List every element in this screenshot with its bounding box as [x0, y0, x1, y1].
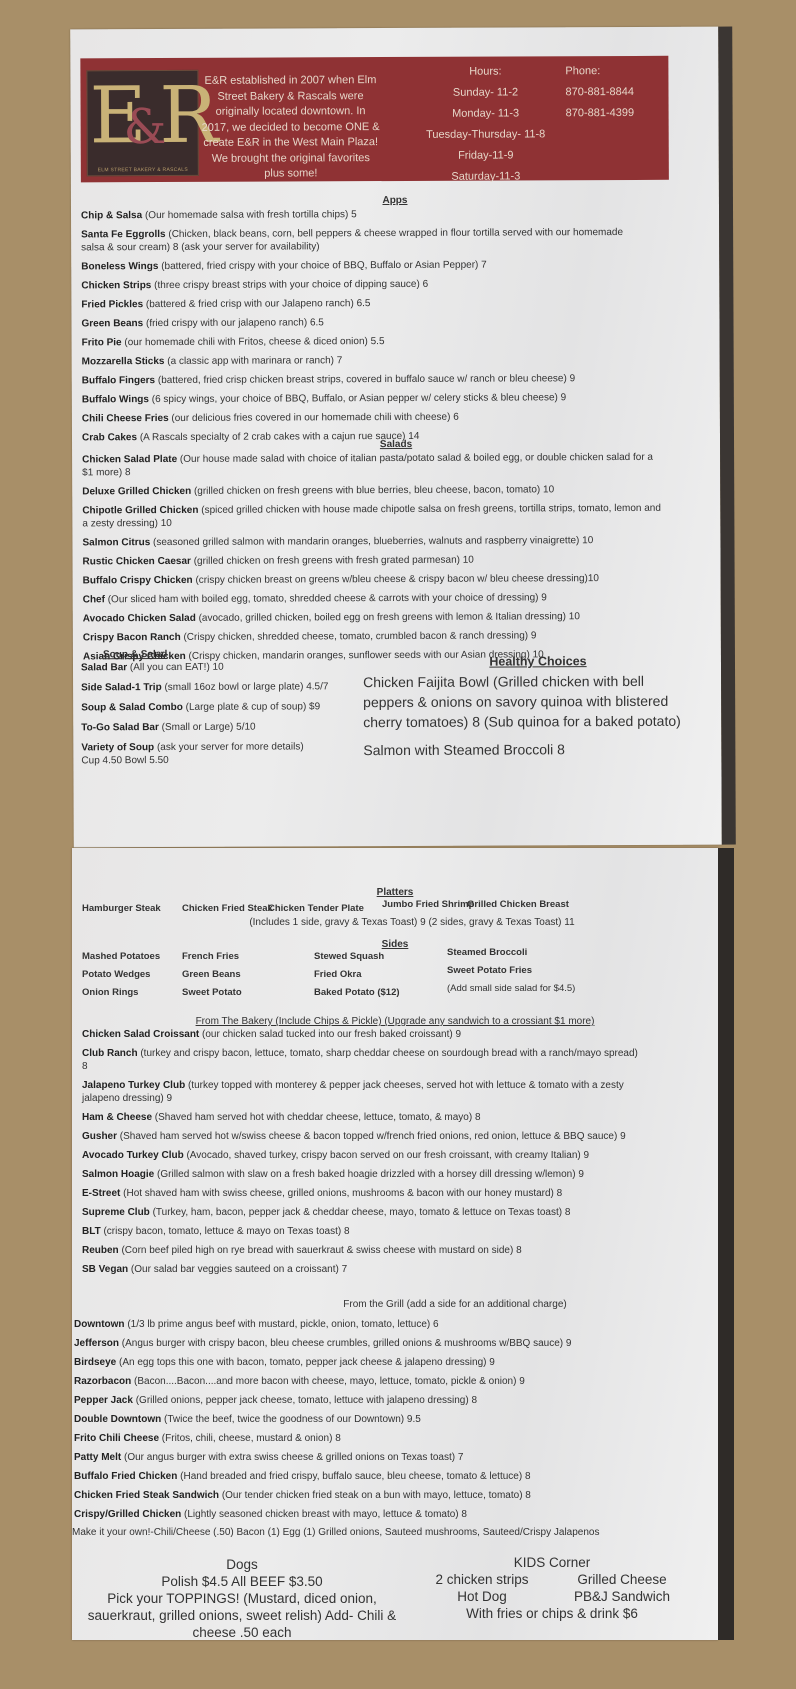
menu-item-name: Chicken Fried Steak Sandwich — [74, 1490, 219, 1501]
menu-item: Variety of Soup (ask your server for mor… — [81, 740, 381, 754]
bakery-title: From The Bakery (Include Chips & Pickle)… — [196, 1016, 595, 1027]
menu-item-name: Crispy/Grilled Chicken — [74, 1509, 181, 1520]
menu-item-desc: (seasoned grilled salmon with mandarin o… — [150, 535, 593, 548]
menu-item-name: Chicken Faijita Bowl — [363, 674, 489, 691]
healthy-list: Chicken Faijita Bowl (Grilled chicken wi… — [363, 671, 693, 768]
menu-item-name: Jalapeno Turkey Club — [82, 1080, 185, 1091]
menu-item-name: Variety of Soup — [81, 742, 154, 753]
kids-item: Grilled Cheese — [562, 1571, 682, 1588]
menu-item-desc: (Hand breaded and fried crispy, buffalo … — [177, 1471, 530, 1482]
menu-item-name: Santa Fe Eggrolls — [81, 229, 166, 240]
menu-item: BLT (crispy bacon, tomato, lettuce & may… — [82, 1225, 642, 1238]
menu-item-desc: (Shaved ham served hot with cheddar chee… — [152, 1112, 481, 1123]
menu-item-name: Downtown — [74, 1319, 125, 1330]
dogs-prices: Polish $4.5 All BEEF $3.50 — [72, 1573, 412, 1590]
menu-item-desc: (Hot shaved ham with swiss cheese, grill… — [120, 1188, 562, 1199]
menu-item-desc: (a classic app with marinara or ranch) 7 — [164, 355, 342, 367]
menu-item-name: Chef — [83, 594, 105, 605]
menu-item-desc: (small 16oz bowl or large plate) 4.5/7 — [162, 681, 329, 693]
menu-item-name: Frito Chili Cheese — [74, 1433, 159, 1444]
platters-list: Hamburger SteakChicken Fried SteakChicke… — [82, 898, 642, 914]
menu-item-desc: (grilled chicken on fresh greens with bl… — [191, 484, 554, 497]
bakery-list: Chicken Salad Croissant (our chicken sal… — [82, 1028, 642, 1282]
menu-item: E-Street (Hot shaved ham with swiss chee… — [82, 1187, 642, 1200]
menu-item-name: Avocado Chicken Salad — [83, 613, 196, 624]
dogs-toppings: Pick your TOPPINGS! (Mustard, diced onio… — [72, 1590, 412, 1641]
about-text: E&R established in 2007 when Elm Street … — [200, 73, 380, 182]
menu-item: Boneless Wings (battered, fried crispy w… — [81, 258, 641, 273]
apps-list: Chip & Salsa (Our homemade salsa with fr… — [81, 207, 642, 450]
menu-item: Birdseye (An egg tops this one with baco… — [74, 1356, 654, 1369]
menu-item-name: Frito Pie — [82, 337, 122, 348]
platter-item: Chicken Tender Plate — [268, 902, 364, 915]
menu-item-desc: (Avocado, shaved turkey, crispy bacon se… — [184, 1150, 589, 1161]
menu-item-name: Chicken Strips — [81, 280, 151, 291]
phone-block: Phone: 870-881-8844870-881-4399 — [565, 61, 665, 124]
menu-item: Chipotle Grilled Chicken (spiced grilled… — [82, 502, 662, 531]
menu-item-desc: (our delicious fries covered in our home… — [169, 412, 459, 424]
hours-entry: Friday-11-9 — [426, 145, 546, 167]
menu-item-name: Deluxe Grilled Chicken — [82, 486, 191, 497]
menu-item-name: Chicken Salad Plate — [82, 454, 177, 465]
menu-item: Supreme Club (Turkey, ham, bacon, pepper… — [82, 1206, 642, 1219]
menu-item-desc: (Angus burger with crispy bacon, bleu ch… — [119, 1338, 571, 1349]
platters-note: (Includes 1 side, gravy & Texas Toast) 9… — [222, 916, 602, 929]
menu-item-name: Club Ranch — [82, 1048, 138, 1059]
menu-item-desc: (Fritos, chili, cheese, mustard & onion)… — [159, 1433, 341, 1444]
menu-item: Santa Fe Eggrolls (Chicken, black beans,… — [81, 226, 641, 254]
menu-item-name: Rustic Chicken Caesar — [83, 556, 191, 567]
menu-item: Green Beans (fried crispy with our jalap… — [81, 315, 641, 330]
menu-item-name: Fried Pickles — [81, 299, 143, 310]
hours-label: Hours: — [425, 61, 545, 83]
menu-item: Chip & Salsa (Our homemade salsa with fr… — [81, 207, 641, 222]
menu-item: Deluxe Grilled Chicken (grilled chicken … — [82, 483, 662, 499]
logo: E R & ELM STREET BAKERY & RASCALS — [86, 70, 198, 176]
salads-title: Salads — [380, 439, 412, 450]
menu-item: Jefferson (Angus burger with crispy baco… — [74, 1337, 654, 1350]
menu-item-desc: (Small or Large) 5/10 — [159, 722, 256, 733]
menu-item-name: To-Go Salad Bar — [81, 722, 159, 733]
menu-item-desc: (6 spicy wings, your choice of BBQ, Buff… — [149, 392, 566, 405]
menu-item: Chicken Salad Croissant (our chicken sal… — [82, 1028, 642, 1041]
make-your-own: Make it your own!-Chili/Cheese (.50) Bac… — [72, 1526, 672, 1539]
healthy-title: Healthy Choices — [489, 654, 586, 668]
kids-item: Hot Dog — [422, 1588, 542, 1605]
menu-item-name: Pepper Jack — [74, 1395, 133, 1406]
kids-block: KIDS Corner 2 chicken stripsHot Dog Gril… — [422, 1554, 682, 1622]
menu-item: Jalapeno Turkey Club (turkey topped with… — [82, 1079, 642, 1105]
menu-item: Chicken Strips (three crispy breast stri… — [81, 277, 641, 292]
logo-ampersand: & — [124, 99, 167, 155]
menu-item-desc: (avocado, grilled chicken, boiled egg on… — [196, 611, 580, 624]
logo-tagline: ELM STREET BAKERY & RASCALS — [91, 167, 195, 173]
menu-item-name: Chipotle Grilled Chicken — [82, 505, 198, 517]
menu-item: Soup & Salad Combo (Large plate & cup of… — [81, 700, 381, 714]
menu-item-desc: (All you can EAT!) 10 — [127, 662, 224, 673]
menu-item-name: Razorbacon — [74, 1376, 131, 1387]
menu-item: Avocado Chicken Salad (avocado, grilled … — [83, 610, 663, 626]
menu-item-name: Buffalo Crispy Chicken — [83, 575, 193, 586]
menu-item-name: Green Beans — [81, 318, 143, 329]
menu-item-name: Reuben — [82, 1245, 119, 1256]
platter-item: Jumbo Fried Shrimp — [382, 898, 474, 911]
menu-item-desc: (Grilled salmon with slaw on a fresh bak… — [154, 1169, 584, 1180]
menu-item-desc: (ask your server for more details) — [154, 741, 304, 753]
side-item: Sweet Potato Fries — [447, 964, 532, 977]
soup-salad-title: Soup & Salad — [103, 649, 168, 660]
side-item: Sweet Potato — [182, 986, 242, 999]
menu-item-desc: (Turkey, ham, bacon, pepper jack & chedd… — [150, 1207, 571, 1218]
menu-item-name: Salad Bar — [81, 662, 127, 673]
grill-list: Downtown (1/3 lb prime angus beef with m… — [74, 1318, 654, 1527]
menu-item: Chicken Fried Steak Sandwich (Our tender… — [74, 1489, 654, 1502]
menu-item-name: Jefferson — [74, 1338, 119, 1349]
menu-item-desc: (turkey and crispy bacon, lettuce, tomat… — [82, 1048, 638, 1072]
kids-item: 2 chicken strips — [422, 1571, 542, 1588]
menu-item-name: Buffalo Fried Chicken — [74, 1471, 177, 1482]
menu-item: Salmon with Steamed Broccoli 8 — [363, 739, 693, 760]
menu-item-desc: (grilled chicken on fresh greens with fr… — [191, 555, 474, 567]
menu-item-desc: (battered & fried crisp with our Jalapen… — [143, 298, 370, 310]
menu-item-desc: (Bacon....Bacon....and more bacon with c… — [131, 1376, 525, 1387]
platter-item: Grilled Chicken Breast — [467, 898, 569, 911]
side-item: Green Beans — [182, 968, 241, 981]
menu-page-1: E R & ELM STREET BAKERY & RASCALS E&R es… — [70, 27, 722, 848]
menu-item: Salmon Hoagie (Grilled salmon with slaw … — [82, 1168, 642, 1181]
side-item: (Add small side salad for $4.5) — [447, 982, 575, 995]
menu-item: Salad Bar (All you can EAT!) 10 — [81, 660, 381, 674]
phone-number: 870-881-4399 — [566, 103, 666, 124]
menu-item-desc: (Our angus burger with extra swiss chees… — [121, 1452, 463, 1463]
menu-item-name: Gusher — [82, 1131, 117, 1142]
menu-item: Chef (Our sliced ham with boiled egg, to… — [83, 591, 663, 607]
menu-item-desc: (battered, fried crispy with your choice… — [158, 260, 486, 272]
menu-item-name: Salmon Citrus — [82, 537, 150, 548]
side-item: Stewed Squash — [314, 950, 384, 963]
hours-entry: Saturday-11-3 — [426, 166, 546, 188]
menu-item-desc: (Shaved ham served hot w/swiss cheese & … — [117, 1131, 626, 1142]
side-item: Onion Rings — [82, 986, 138, 999]
platter-item: Hamburger Steak — [82, 902, 161, 915]
menu-item: Mozzarella Sticks (a classic app with ma… — [82, 353, 642, 368]
menu-item: Frito Pie (our homemade chili with Frito… — [82, 334, 642, 349]
hours-entry: Tuesday-Thursday- 11-8 — [426, 124, 546, 146]
menu-item: Ham & Cheese (Shaved ham served hot with… — [82, 1111, 642, 1124]
menu-item-name: Salmon Hoagie — [82, 1169, 154, 1180]
menu-item-name: Ham & Cheese — [82, 1112, 152, 1123]
menu-item-desc: (battered, fried crisp chicken breast st… — [155, 373, 575, 386]
side-item: Potato Wedges — [82, 968, 150, 981]
menu-item: Buffalo Crispy Chicken (crispy chicken b… — [83, 572, 663, 588]
menu-item-name: Crispy Bacon Ranch — [83, 632, 181, 643]
menu-item-desc: (Large plate & cup of soup) $9 — [183, 701, 320, 713]
menu-item-desc: (fried crispy with our jalapeno ranch) 6… — [143, 317, 324, 329]
side-item: Steamed Broccoli — [447, 946, 527, 959]
menu-item-name: E-Street — [82, 1188, 120, 1199]
menu-item-desc: (Our homemade salsa with fresh tortilla … — [142, 209, 357, 221]
menu-item-name: BLT — [82, 1226, 101, 1237]
menu-item-name: Soup & Salad Combo — [81, 702, 183, 713]
kids-footer: With fries or chips & drink $6 — [422, 1605, 682, 1622]
phone-label: Phone: — [565, 61, 665, 82]
soup-salad-list: Salad Bar (All you can EAT!) 10Side Sala… — [81, 660, 381, 767]
soup-prices: Cup 4.50 Bowl 5.50 — [81, 753, 381, 767]
menu-item: Patty Melt (Our angus burger with extra … — [74, 1451, 654, 1464]
menu-item: Chicken Salad Plate (Our house made sala… — [82, 451, 662, 480]
menu-item: Crispy/Grilled Chicken (Lightly seasoned… — [74, 1508, 654, 1521]
side-item: Mashed Potatoes — [82, 950, 160, 963]
menu-item-name: Mozzarella Sticks — [82, 356, 165, 367]
menu-item: Reuben (Corn beef piled high on rye brea… — [82, 1244, 642, 1257]
menu-item: Chili Cheese Fries (our delicious fries … — [82, 410, 642, 425]
menu-item: Avocado Turkey Club (Avocado, shaved tur… — [82, 1149, 642, 1162]
menu-item-name: Buffalo Fingers — [82, 375, 155, 386]
menu-item-name: Supreme Club — [82, 1207, 150, 1218]
menu-item: Downtown (1/3 lb prime angus beef with m… — [74, 1318, 654, 1331]
menu-item-name: Avocado Turkey Club — [82, 1150, 184, 1161]
menu-item: Club Ranch (turkey and crispy bacon, let… — [82, 1047, 642, 1073]
menu-item-desc: (crispy bacon, tomato, lettuce & mayo on… — [101, 1226, 350, 1237]
menu-item-name: Double Downtown — [74, 1414, 161, 1425]
menu-item-name: Chip & Salsa — [81, 210, 142, 221]
menu-item-desc: (our homemade chili with Fritos, cheese … — [122, 336, 385, 348]
menu-item-name: Chicken Salad Croissant — [82, 1029, 199, 1040]
menu-item-name: SB Vegan — [82, 1264, 128, 1275]
kids-item: PB&J Sandwich — [562, 1588, 682, 1605]
hours-entry: Sunday- 11-2 — [425, 82, 545, 104]
menu-item: Buffalo Wings (6 spicy wings, your choic… — [82, 391, 642, 406]
apps-title: Apps — [382, 195, 407, 206]
sides-grid: Mashed PotatoesPotato WedgesOnion RingsF… — [82, 948, 642, 1008]
menu-item: Double Downtown (Twice the beef, twice t… — [74, 1413, 654, 1426]
grill-title: From the Grill (add a side for an additi… — [72, 1298, 718, 1311]
dogs-title: Dogs — [72, 1556, 412, 1573]
side-item: Fried Okra — [314, 968, 362, 981]
menu-item: Razorbacon (Bacon....Bacon....and more b… — [74, 1375, 654, 1388]
menu-item-desc: (crispy chicken breast on greens w/bleu … — [193, 573, 599, 586]
menu-item-name: Patty Melt — [74, 1452, 121, 1463]
platters-title: Platters — [377, 887, 414, 898]
salads-list: Chicken Salad Plate (Our house made sala… — [82, 451, 663, 670]
kids-title: KIDS Corner — [422, 1554, 682, 1571]
menu-item: Pepper Jack (Grilled onions, pepper jack… — [74, 1394, 654, 1407]
menu-item: Frito Chili Cheese (Fritos, chili, chees… — [74, 1432, 654, 1445]
dogs-block: Dogs Polish $4.5 All BEEF $3.50 Pick you… — [72, 1556, 412, 1641]
platter-item: Chicken Fried Steak — [182, 902, 273, 915]
menu-item-desc: (Our sliced ham with boiled egg, tomato,… — [105, 592, 547, 605]
phone-number: 870-881-8844 — [565, 82, 665, 103]
menu-item: Gusher (Shaved ham served hot w/swiss ch… — [82, 1130, 642, 1143]
menu-item: SB Vegan (Our salad bar veggies sauteed … — [82, 1263, 642, 1276]
menu-item: Side Salad-1 Trip (small 16oz bowl or la… — [81, 680, 381, 694]
menu-item: Crispy Bacon Ranch (Crispy chicken, shre… — [83, 629, 663, 645]
menu-item-desc: (our chicken salad tucked into our fresh… — [199, 1029, 461, 1040]
menu-item-desc: (Our salad bar veggies sauteed on a croi… — [128, 1264, 347, 1275]
menu-item: Buffalo Fingers (battered, fried crisp c… — [82, 372, 642, 387]
side-item: Baked Potato ($12) — [314, 986, 400, 999]
menu-page-2: Platters Hamburger SteakChicken Fried St… — [72, 848, 718, 1640]
menu-item-name: Salmon with Steamed Broccoli 8 — [363, 741, 565, 758]
menu-item: Fried Pickles (battered & fried crisp wi… — [81, 296, 641, 311]
menu-item: To-Go Salad Bar (Small or Large) 5/10 — [81, 720, 381, 734]
menu-item: Chicken Faijita Bowl (Grilled chicken wi… — [363, 671, 693, 732]
menu-item-name: Boneless Wings — [81, 261, 158, 272]
hours-block: Hours: Sunday- 11-2Monday- 11-3Tuesday-T… — [425, 61, 546, 188]
menu-item-name: Chili Cheese Fries — [82, 413, 169, 424]
menu-item-desc: (Crispy chicken, shredded cheese, tomato… — [181, 630, 537, 643]
menu-item-desc: (An egg tops this one with bacon, tomato… — [116, 1357, 495, 1368]
side-item: French Fries — [182, 950, 239, 963]
menu-item-name: Birdseye — [74, 1357, 116, 1368]
header-band: E R & ELM STREET BAKERY & RASCALS E&R es… — [80, 56, 669, 183]
menu-item: Rustic Chicken Caesar (grilled chicken o… — [83, 553, 663, 569]
menu-item-desc: (Corn beef piled high on rye bread with … — [119, 1245, 522, 1256]
menu-item-desc: (Twice the beef, twice the goodness of o… — [161, 1414, 421, 1425]
menu-item: Salmon Citrus (seasoned grilled salmon w… — [82, 534, 662, 550]
menu-item-name: Buffalo Wings — [82, 394, 149, 405]
menu-item-desc: (three crispy breast strips with your ch… — [151, 279, 428, 291]
menu-item-desc: (Grilled onions, pepper jack cheese, tom… — [133, 1395, 477, 1406]
hours-entry: Monday- 11-3 — [426, 103, 546, 125]
menu-item-desc: (Lightly seasoned chicken breast with ma… — [181, 1509, 467, 1520]
menu-item-name: Side Salad-1 Trip — [81, 682, 162, 693]
menu-item: Buffalo Fried Chicken (Hand breaded and … — [74, 1470, 654, 1483]
menu-item-desc: (1/3 lb prime angus beef with mustard, p… — [125, 1319, 439, 1330]
menu-item-desc: (Our tender chicken fried steak on a bun… — [219, 1490, 531, 1501]
